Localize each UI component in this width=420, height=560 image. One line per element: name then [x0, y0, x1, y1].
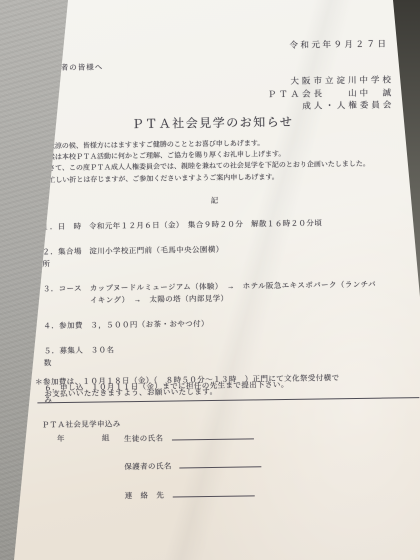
item-value: 令和元年１２月６日（金） 集合９時２０分 解散１６時２０分頃	[89, 217, 383, 233]
list-item-course: ３．コース カップヌードルミュージアム（体験） → ホテル阪急エキスポパーク（ラ…	[43, 279, 388, 308]
form-row-contact: 連 絡 先	[125, 486, 255, 501]
form-row-guardian-name: 保護者の氏名	[124, 457, 262, 472]
document-paper: 令和元年９月２７日 保護者の皆様へ 大阪市立淀川中学校 ＰＴＡ会長 山中 誠 成…	[0, 0, 420, 560]
list-item-capacity: ５．募集人数 ３０名	[44, 341, 389, 370]
class-label: 組	[102, 432, 110, 443]
record-marker: 記	[0, 192, 420, 209]
item-label: ２．集合場所	[42, 246, 89, 271]
application-form-title: ＰＴＡ社会見学申込み	[42, 418, 121, 430]
guardian-name-label: 保護者の氏名	[124, 462, 172, 472]
contact-label: 連 絡 先	[125, 491, 165, 501]
item-value: ３０名	[91, 341, 385, 369]
student-name-label: 生徒の氏名	[124, 434, 164, 444]
item-label: ５．募集人数	[44, 345, 91, 370]
contact-write-line	[172, 486, 254, 497]
body-paragraph: 秋涼の候、皆様方にはますますご健勝のこととお喜び申しあげます。 平素は本校ＰＴＡ…	[41, 136, 392, 186]
list-item-datetime: １．日 時 令和元年１２月６日（金） 集合９時２０分 解散１６時２０分頃	[42, 217, 387, 234]
item-label: ４．参加費	[43, 320, 90, 333]
document-content: 令和元年９月２７日 保護者の皆様へ 大阪市立淀川中学校 ＰＴＡ会長 山中 誠 成…	[0, 0, 420, 560]
item-value: カップヌードルミュージアム（体験） → ホテル阪急エキスポパーク（ランチバイキン…	[90, 279, 384, 307]
photo-scene: 令和元年９月２７日 保護者の皆様へ 大阪市立淀川中学校 ＰＴＡ会長 山中 誠 成…	[0, 0, 420, 560]
guardian-name-write-line	[180, 457, 262, 468]
item-label: ３．コース	[43, 283, 90, 308]
list-item-meeting-place: ２．集合場所 淀川小学校正門前（毛馬中央公園横）	[42, 242, 387, 271]
grade-label: 年	[57, 433, 65, 444]
item-value: ３，５００円（お茶・おやつ付）	[90, 316, 384, 332]
item-value: 淀川小学校正門前（毛馬中央公園横）	[89, 242, 383, 270]
form-row-student-name: 生徒の氏名	[124, 429, 254, 444]
item-label: １．日 時	[42, 221, 89, 234]
list-item-fee: ４．参加費 ３，５００円（お茶・おやつ付）	[43, 316, 388, 333]
student-name-write-line	[171, 429, 253, 440]
